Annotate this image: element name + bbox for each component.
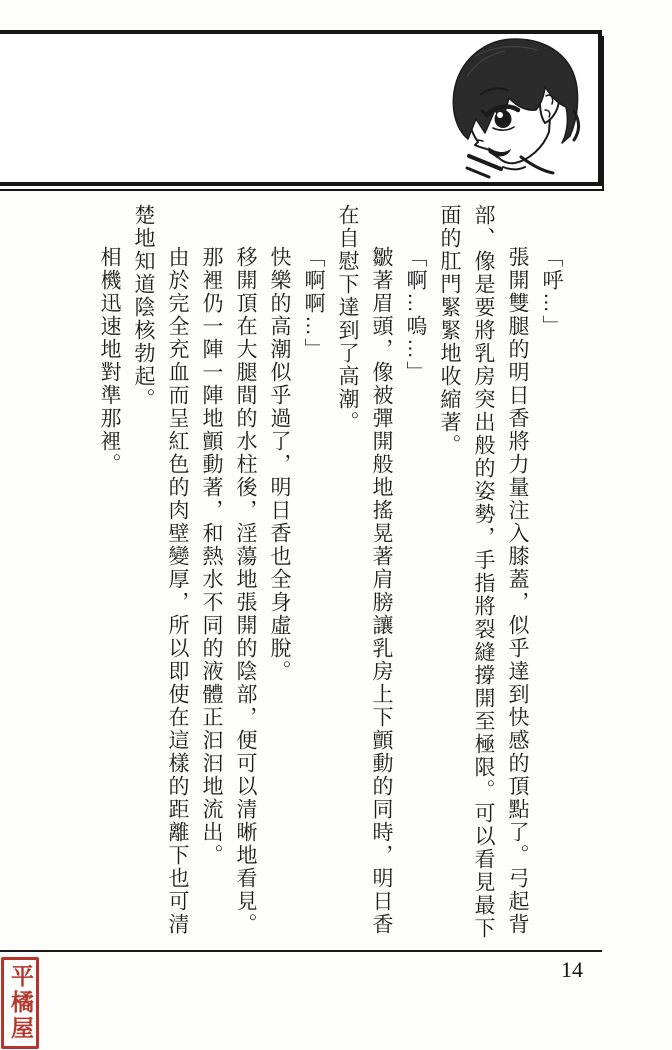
book-page: 「呼…」張開雙腿的明日香將力量注入膝蓋，似乎達到快感的頂點了。弓起背部、像是要將… (0, 0, 672, 1050)
paragraph: 「啊…嗚…」 (398, 204, 432, 952)
paragraph: 張開雙腿的明日香將力量注入膝蓋，似乎達到快感的頂點了。弓起背部、像是要將乳房突出… (432, 204, 534, 952)
publisher-seal-stamp: 平橘屋 (1, 957, 39, 1049)
paragraph: 快樂的高潮似乎過了，明日香也全身虛脫。 (262, 204, 296, 952)
paragraph: 「啊啊…」 (296, 204, 330, 952)
paragraph: 皺著眉頭，像被彈開般地搖晃著肩膀讓乳房上下顫動的同時，明日香在自慰下達到了高潮。 (330, 204, 398, 952)
paragraph: 那裡仍一陣一陣地顫動著，和熱水不同的液體正汩汩地流出。 (194, 204, 228, 952)
footer-rule (0, 950, 602, 952)
novel-text-block: 「呼…」張開雙腿的明日香將力量注入膝蓋，似乎達到快感的頂點了。弓起背部、像是要將… (76, 204, 568, 952)
panel-shadow-line-bottom (0, 189, 604, 191)
paragraph: 由於完全充血而呈紅色的肉壁變厚，所以即使在這樣的距離下也可清楚地知道陰核勃起。 (126, 204, 194, 952)
illustration-panel (0, 30, 602, 186)
paragraph: 「呼…」 (534, 204, 568, 952)
paragraph: 移開頂在大腿間的水柱後，淫蕩地張開的陰部，便可以清晰地看見。 (228, 204, 262, 952)
seal-text: 平橘屋 (5, 964, 35, 1042)
paragraph: 相機迅速地對準那裡。 (92, 204, 126, 952)
panel-shadow-line-right (602, 36, 604, 190)
girl-face-illustration (445, 36, 597, 182)
page-number: 14 (561, 957, 583, 983)
